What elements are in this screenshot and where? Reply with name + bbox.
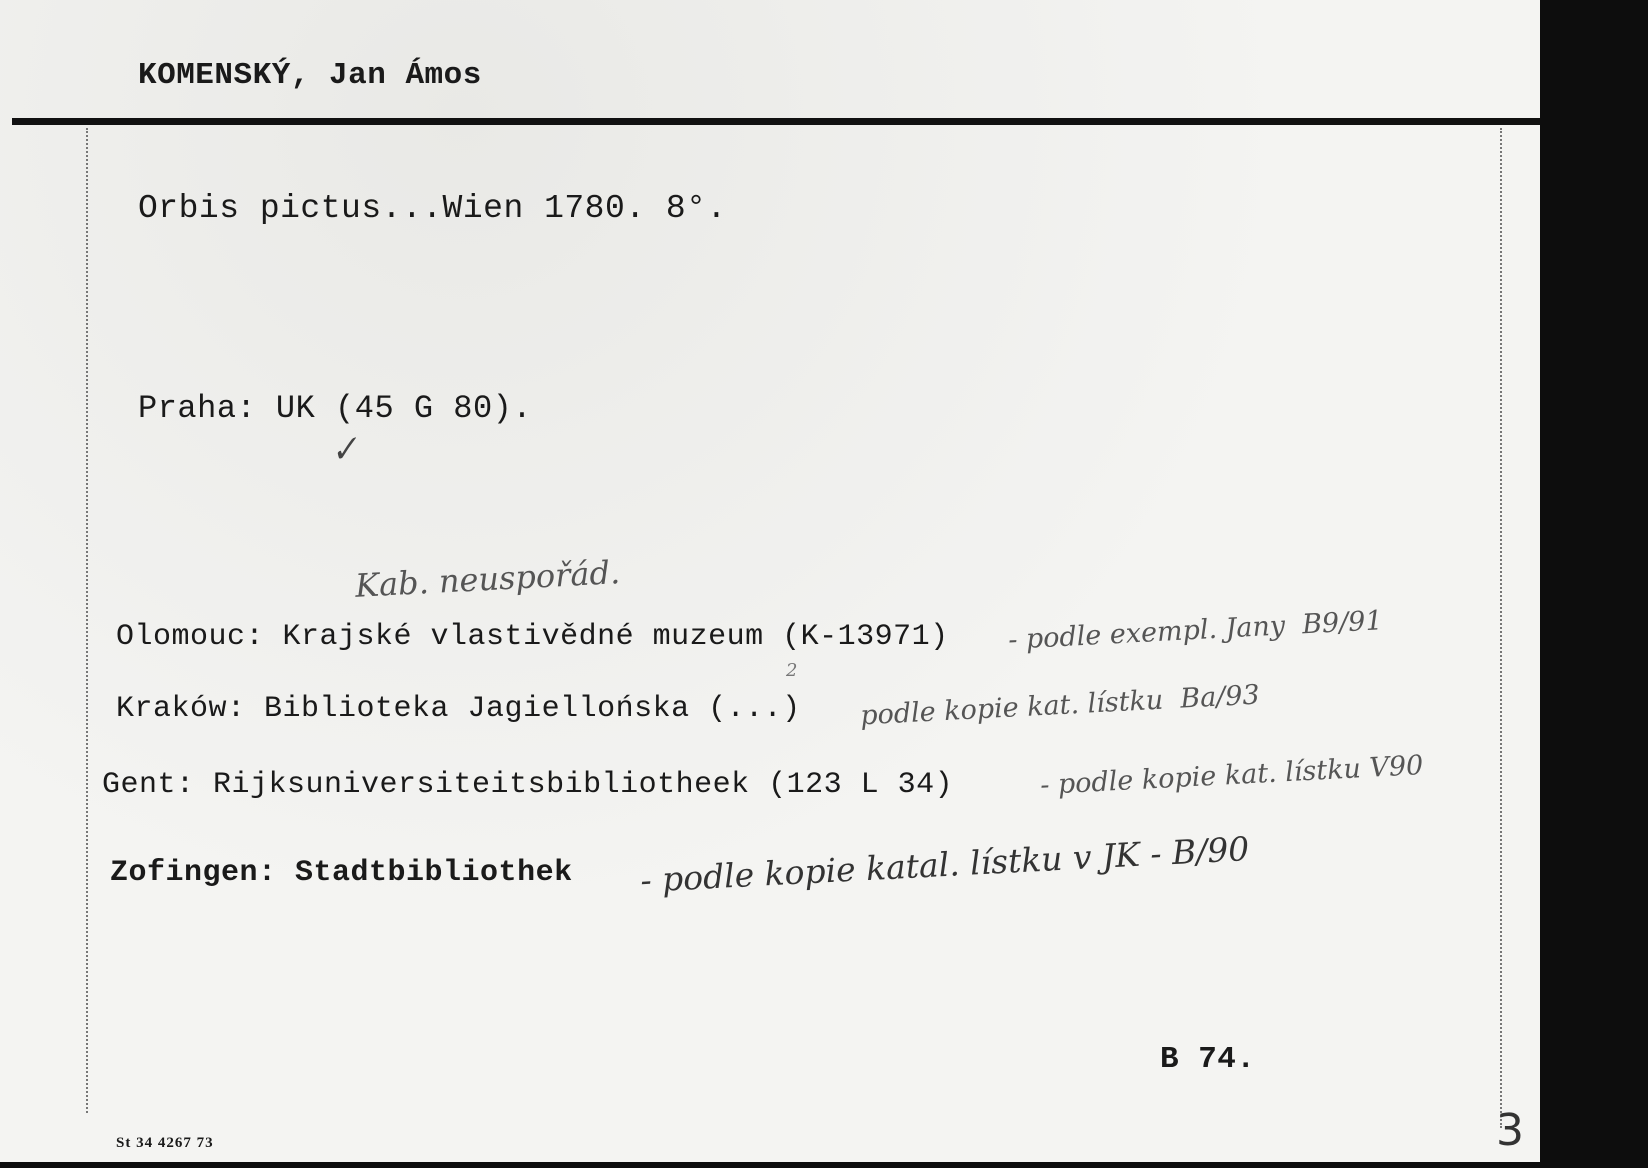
holding-olomouc: Olomouc: Krajské vlastivědné muzeum (K-1… bbox=[116, 620, 949, 654]
holding-zofingen: Zofingen: Stadtbibliothek bbox=[110, 856, 573, 890]
holding-krakow: Kraków: Biblioteka Jagiellońska (...) bbox=[116, 692, 801, 726]
card-heading-author: KOMENSKÝ, Jan Ámos bbox=[138, 58, 482, 93]
handwritten-superscript-krakow: 2 bbox=[786, 660, 797, 681]
catalog-card: KOMENSKÝ, Jan Ámos Orbis pictus...Wien 1… bbox=[0, 0, 1540, 1162]
holding-praha: Praha: UK (45 G 80). bbox=[138, 390, 532, 427]
handwritten-note-gent: - podle kopie kat. lístku V90 bbox=[1039, 750, 1424, 801]
check-mark-icon: ✓ bbox=[327, 428, 362, 472]
left-dotted-margin bbox=[86, 128, 88, 1113]
handwritten-note-zofingen: - podle kopie katal. lístku v JK - B/90 bbox=[639, 829, 1250, 900]
holding-gent: Gent: Rijksuniversiteitsbibliotheek (123… bbox=[102, 768, 953, 802]
header-rule bbox=[12, 118, 1540, 125]
handwritten-note-krakow: podle kopie kat. lístku Ba/93 bbox=[859, 680, 1260, 732]
title-line: Orbis pictus...Wien 1780. 8°. bbox=[138, 190, 727, 227]
printer-code: St 34 4267 73 bbox=[116, 1135, 214, 1152]
handwritten-note-olomouc: - podle exempl. Jany B9/91 bbox=[1007, 605, 1383, 656]
right-dotted-margin bbox=[1500, 128, 1502, 1128]
handwritten-note-olomouc-above: Kab. neuspořád. bbox=[354, 553, 621, 605]
card-number: 3 bbox=[1496, 1105, 1524, 1156]
shelf-mark: B 74. bbox=[1160, 1042, 1256, 1077]
